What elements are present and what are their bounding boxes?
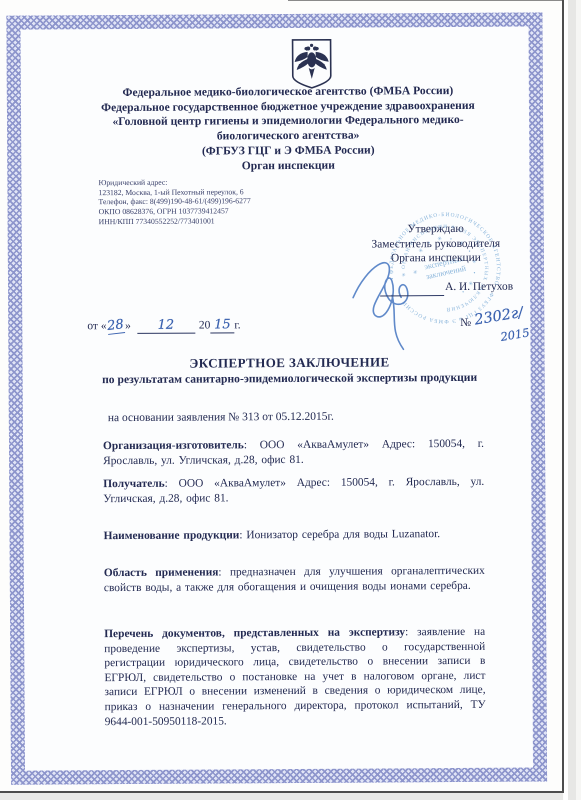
paragraph-label: Перечень документов, представленных на э… bbox=[104, 626, 405, 640]
handwritten-signature bbox=[345, 245, 464, 354]
address-line: ОКПО 08628376, ОГРН 1037739412457 bbox=[99, 206, 251, 217]
scan-right-margin bbox=[564, 0, 581, 800]
date-century: 20 bbox=[199, 319, 211, 331]
scanned-document: Федеральное медико-биологическое агентст… bbox=[0, 0, 581, 800]
legal-address-block: Юридический адрес: 123182, Москва, 1-ый … bbox=[98, 177, 250, 226]
signer-name: А. И. Петухов bbox=[445, 281, 513, 293]
document-page: Федеральное медико-биологическое агентст… bbox=[0, 0, 581, 800]
address-line: ИНН/КПП 77340552252/773401001 bbox=[99, 216, 251, 227]
date-line: от «28»122015 г. bbox=[87, 316, 240, 334]
paragraph-label: Получатель bbox=[103, 478, 164, 490]
document-title: ЭКСПЕРТНОЕ ЗАКЛЮЧЕНИЕ bbox=[29, 353, 549, 372]
handwritten-year: 15 bbox=[214, 317, 231, 332]
paragraph-label: Организация-изготовитель bbox=[103, 439, 244, 452]
date-close-quote: » bbox=[125, 320, 131, 332]
scan-top-edge bbox=[288, 0, 563, 1]
paragraph-application-area: Область применения: предназначен для улу… bbox=[104, 564, 485, 596]
agency-header: Федеральное медико-биологическое агентст… bbox=[28, 83, 549, 174]
paragraph-label: Область применения bbox=[104, 566, 219, 579]
paragraph-text: : заявление на проведение экспертизы, ус… bbox=[104, 626, 485, 728]
date-prefix: от « bbox=[87, 320, 106, 332]
coat-of-arms-icon bbox=[290, 38, 334, 90]
paragraph-manufacturer: Организация-изготовитель: ООО «АкваАмуле… bbox=[103, 437, 484, 469]
handwritten-day: 28 bbox=[107, 317, 125, 335]
scan-bottom-margin bbox=[0, 793, 563, 800]
paragraph-document-list: Перечень документов, представленных на э… bbox=[104, 625, 486, 729]
basis-line: на основании заявления № 313 от 05.12.20… bbox=[108, 411, 334, 424]
handwritten-month: 12 bbox=[158, 318, 175, 333]
date-suffix: г. bbox=[234, 319, 240, 331]
approve-label: Утверждаю bbox=[357, 222, 515, 238]
paragraph-product-name: Наименование продукции: Ионизатор серебр… bbox=[104, 527, 485, 544]
paragraph-recipient: Получатель: ООО «АкваАмулет» Адрес: 1500… bbox=[103, 475, 484, 507]
paragraph-label: Наименование продукции bbox=[104, 529, 240, 542]
paragraph-text: : Ионизатор серебра для воды Luzanator. bbox=[239, 528, 440, 541]
number-symbol: № bbox=[460, 317, 471, 329]
